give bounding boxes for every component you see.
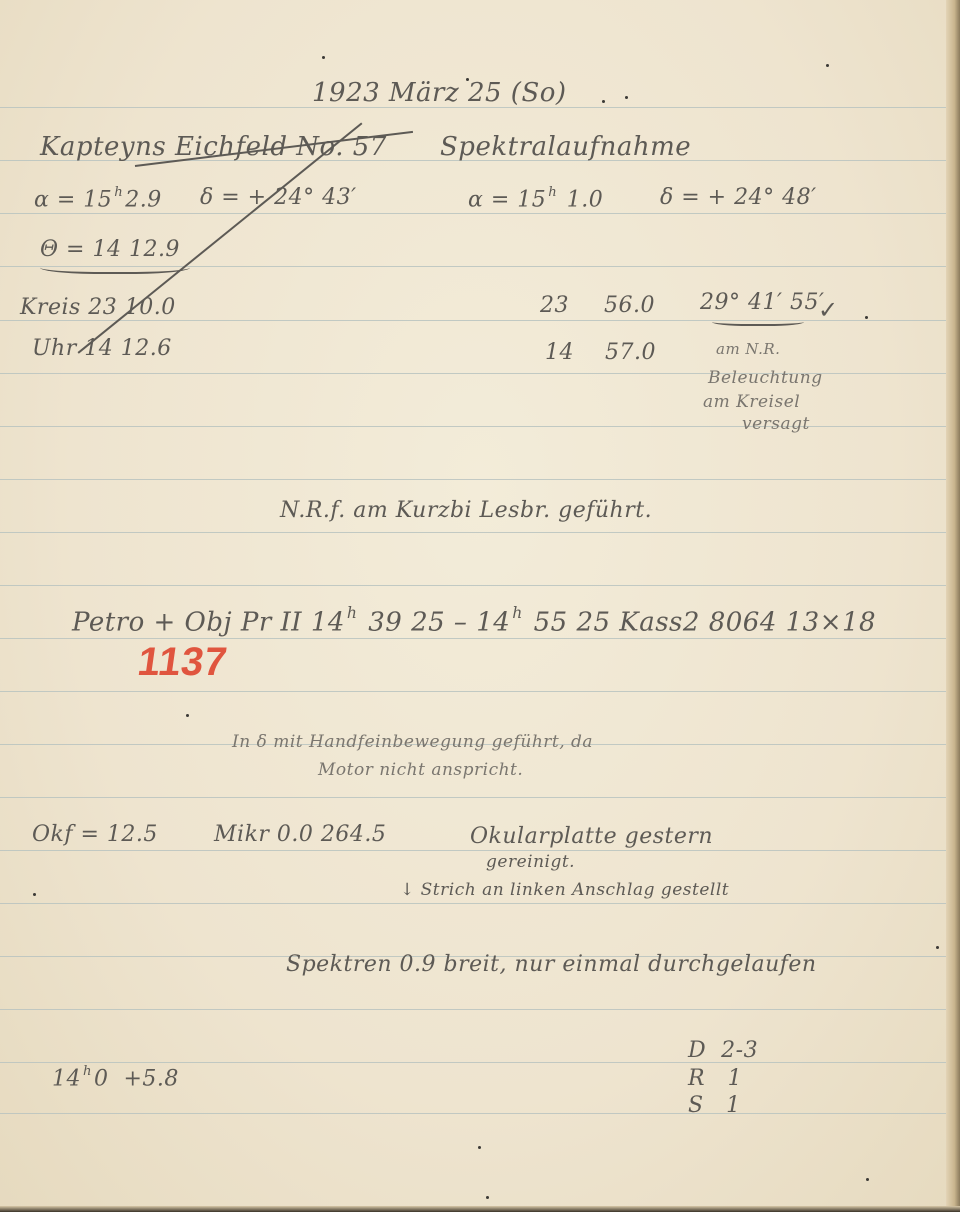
rating-symbol: D [688, 1038, 706, 1063]
nr-line: N.R.f. am Kurzbi Lesbr. geführt. [280, 498, 652, 523]
left-alpha: α = 15h2.9 [34, 185, 162, 213]
paper-speck [865, 316, 868, 319]
rating-row: R 1 [688, 1066, 742, 1091]
note-line-2: Beleuchtung [708, 368, 823, 388]
left-alpha-min: 2.9 [125, 188, 162, 213]
ruled-line [0, 1113, 946, 1114]
ruled-line [0, 797, 946, 798]
motor-note-line-2: Motor nicht anspricht. [318, 760, 523, 780]
right-row2-h: 14 [545, 340, 574, 365]
paper-speck [186, 714, 189, 717]
spektren-note: Spektren 0.9 breit, nur einmal durchgela… [286, 952, 817, 977]
bottom-time: 14h0 +5.8 [52, 1064, 179, 1092]
paper-speck [602, 100, 605, 103]
page-edge-bottom [0, 1206, 960, 1212]
paper-speck [322, 56, 325, 59]
right-row1-h: 23 [540, 293, 569, 318]
bottom-value: +5.8 [124, 1067, 179, 1092]
motor-note-line-1: In δ mit Handfeinbewegung geführt, da [232, 732, 593, 752]
right-row2-min: 57.0 [605, 340, 656, 365]
left-uhr: Uhr 14 12.6 [32, 336, 172, 361]
ruled-line [0, 1062, 946, 1063]
angle-underline [712, 316, 804, 326]
hour-mark: h [114, 185, 123, 200]
exposure-text-a: Petro + Obj Pr II 14 [72, 607, 345, 637]
right-row1-min: 56.0 [604, 293, 655, 318]
kapteyn-field-title: Kapteyns Eichfeld No. 57 [40, 132, 387, 162]
exposure-line: Petro + Obj Pr II 14h 39 25 – 14h 55 25 … [72, 604, 876, 637]
rating-symbol: R [688, 1066, 705, 1091]
left-alpha-label: α = 15 [34, 188, 112, 213]
right-alpha-label: α = 15 [468, 188, 546, 213]
paper-speck [936, 946, 939, 949]
ruled-line [0, 479, 946, 480]
checkmark-icon: ✓ [818, 296, 838, 324]
notebook-page: 1923 März 25 (So) Kapteyns Eichfeld No. … [0, 0, 960, 1212]
note-line-1: am N.R. [716, 340, 780, 358]
paper-speck [478, 1146, 481, 1149]
hour-mark: h [347, 604, 358, 622]
bottom-time-min: 0 [94, 1067, 109, 1092]
right-delta: δ = + 24° 48′ [660, 185, 817, 210]
ruled-line [0, 638, 946, 639]
hour-mark: h [512, 604, 523, 622]
paper-speck [826, 64, 829, 67]
note-line-3: am Kreisel [703, 392, 800, 412]
okf-value: Okf = 12.5 [32, 822, 158, 847]
ruled-line [0, 1009, 946, 1010]
exposure-text-b: 39 25 – 14 [368, 607, 510, 637]
paper-speck [466, 78, 469, 81]
rating-value: 1 [726, 1093, 741, 1118]
paper-speck [866, 1178, 869, 1181]
paper-speck [486, 1196, 489, 1199]
ruled-line [0, 532, 946, 533]
strich-note: ↓ Strich an linken Anschlag gestellt [400, 880, 729, 900]
rating-row: S 1 [688, 1093, 741, 1118]
exposure-text-c: 55 25 Kass2 8064 13×18 [534, 607, 877, 637]
gereinigt-note: gereinigt. [486, 852, 575, 872]
rating-symbol: S [688, 1093, 704, 1118]
ruled-line [0, 213, 946, 214]
bottom-time-h-value: 14 [52, 1067, 81, 1092]
angle-reading: 29° 41′ 55′ [700, 290, 824, 315]
theta-underline [40, 258, 190, 274]
right-alpha: α = 15h 1.0 [468, 185, 603, 213]
rating-row: D 2-3 [688, 1038, 758, 1063]
ruled-line [0, 585, 946, 586]
right-alpha-min: 1.0 [567, 188, 604, 213]
note-line-4: versagt [742, 414, 810, 434]
left-kreis: Kreis 23 10.0 [20, 295, 176, 320]
paper-speck [625, 96, 628, 99]
entry-date: 1923 März 25 (So) [312, 78, 567, 108]
ruled-line [0, 691, 946, 692]
hour-mark: h [548, 185, 557, 200]
mikr-reading: Mikr 0.0 264.5 [214, 822, 386, 847]
rating-value: 1 [728, 1066, 743, 1091]
paper-speck [33, 893, 36, 896]
rating-value: 2-3 [721, 1038, 758, 1063]
ruled-line [0, 850, 946, 851]
plate-number: 1137 [135, 640, 230, 685]
ruled-line [0, 320, 946, 321]
page-edge-right [946, 0, 960, 1212]
okularplatte-note: Okularplatte gestern [470, 824, 713, 849]
ruled-line [0, 903, 946, 904]
hour-mark: h [83, 1064, 92, 1079]
spectral-title: Spektralaufnahme [440, 132, 691, 162]
